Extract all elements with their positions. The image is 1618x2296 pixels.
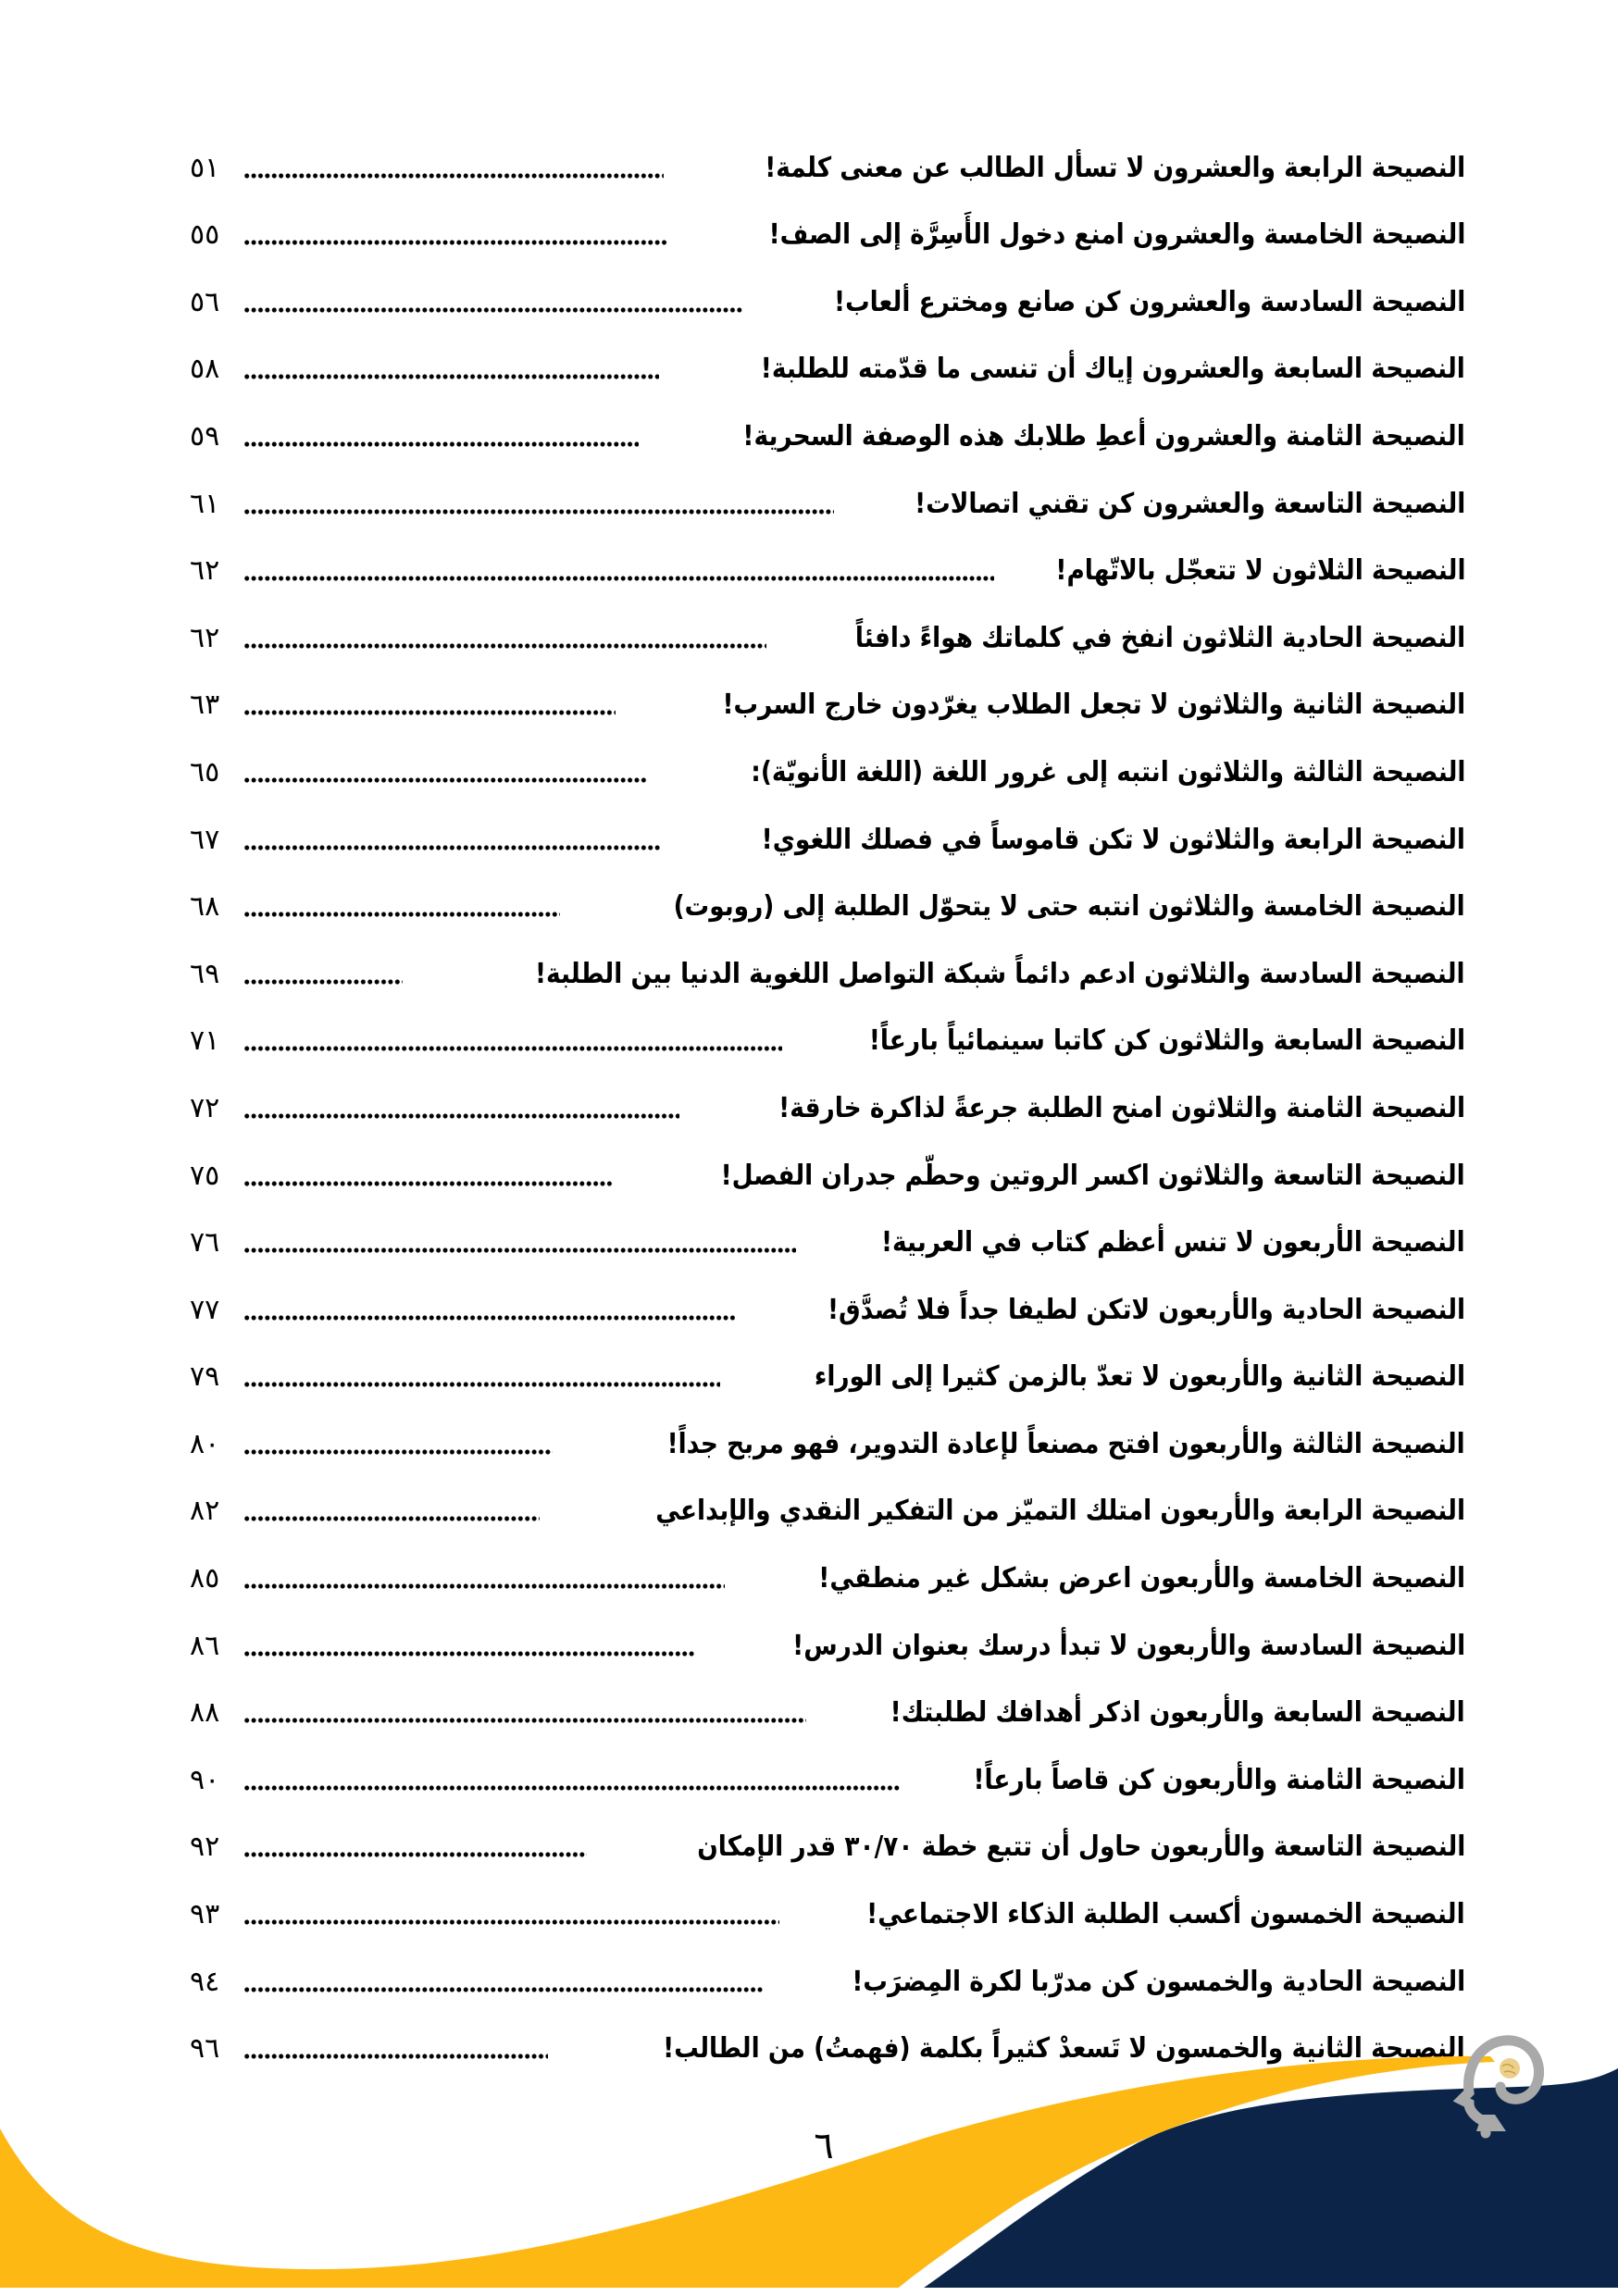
toc-entry-page: ٥٦ bbox=[190, 286, 238, 318]
toc-entry[interactable]: النصيحة الثامنة والعشرون أعطِ طلابك هذه … bbox=[190, 398, 1465, 465]
toc-entry-title: النصيحة الثامنة والثلاثون امنح الطلبة جر… bbox=[778, 1092, 1465, 1124]
toc-entry[interactable]: النصيحة الثانية والأربعون لا تعدّ بالزمن… bbox=[190, 1339, 1465, 1407]
toc-entry[interactable]: النصيحة السابعة والثلاثون كن كاتبا سينما… bbox=[190, 1003, 1465, 1071]
page-number: ٦ bbox=[805, 2125, 842, 2167]
toc-entry-page: ٦٣ bbox=[190, 689, 238, 721]
toc-entry[interactable]: النصيحة الرابعة والثلاثون لا تكن قاموساً… bbox=[190, 801, 1465, 869]
toc-entry-title: النصيحة التاسعة والثلاثون اكسر الروتين و… bbox=[721, 1160, 1465, 1192]
toc-entry-page: ٩٤ bbox=[190, 1966, 238, 1998]
toc-entry-title: النصيحة الرابعة والأربعون امتلك التميّز … bbox=[655, 1495, 1465, 1527]
toc-entry[interactable]: النصيحة السادسة والعشرون كن صانع ومخترع … bbox=[190, 264, 1465, 331]
toc-entry[interactable]: النصيحة السابعة والعشرون إياك أن تنسى ما… bbox=[190, 331, 1465, 399]
dot-leader bbox=[243, 1113, 679, 1119]
toc-entry-page: ٧٦ bbox=[190, 1226, 238, 1259]
toc-entry[interactable]: النصيحة التاسعة والعشرون كن تقني اتصالات… bbox=[190, 465, 1465, 533]
toc-entry[interactable]: النصيحة التاسعة والثلاثون اكسر الروتين و… bbox=[190, 1137, 1465, 1205]
toc-entry-page: ٧١ bbox=[190, 1024, 238, 1057]
toc-entry-page: ٩٢ bbox=[190, 1831, 238, 1863]
toc-entry-page: ٧٥ bbox=[190, 1160, 238, 1192]
toc-entry-page: ٦٢ bbox=[190, 622, 238, 654]
head-lightbulb-logo-icon bbox=[1449, 2022, 1546, 2142]
toc-entry-title: النصيحة السابعة والثلاثون كن كاتبا سينما… bbox=[869, 1024, 1465, 1057]
dot-leader bbox=[243, 509, 834, 515]
toc-entry-page: ٨٠ bbox=[190, 1428, 238, 1460]
toc-entry[interactable]: النصيحة الأربعون لا تنس أعظم كتاب في الع… bbox=[190, 1205, 1465, 1272]
dot-leader bbox=[243, 173, 664, 179]
dot-leader bbox=[243, 1987, 763, 1992]
dot-leader bbox=[243, 845, 660, 850]
toc-entry-title: النصيحة الحادية والخمسون كن مدرّبا لكرة … bbox=[852, 1966, 1465, 1998]
toc-entry-title: النصيحة الثانية والثلاثون لا تجعل الطلاب… bbox=[722, 689, 1465, 721]
toc-entry[interactable]: النصيحة الحادية الثلاثون انفخ في كلماتك … bbox=[190, 600, 1465, 667]
toc-entry-title: النصيحة الثالثة والأربعون افتح مصنعاً لإ… bbox=[667, 1428, 1465, 1460]
toc-entry[interactable]: النصيحة التاسعة والأربعون حاول أن تتبع خ… bbox=[190, 1809, 1465, 1877]
toc-entry-page: ٥٨ bbox=[190, 353, 238, 385]
toc-entry[interactable]: النصيحة الحادية والخمسون كن مدرّبا لكرة … bbox=[190, 1943, 1465, 2011]
toc-entry[interactable]: النصيحة الخمسون أكسب الطلبة الذكاء الاجت… bbox=[190, 1876, 1465, 1943]
dot-leader bbox=[243, 1449, 553, 1455]
toc-entry-page: ٥٥ bbox=[190, 218, 238, 251]
toc-entry-page: ٧٩ bbox=[190, 1360, 238, 1393]
toc-entry-title: النصيحة السابعة والأربعون اذكر أهدافك لط… bbox=[890, 1696, 1465, 1729]
toc-entry-page: ٩٠ bbox=[190, 1764, 238, 1796]
dot-leader bbox=[243, 912, 560, 917]
toc-entry-page: ٥٩ bbox=[190, 420, 238, 453]
toc-entry-page: ٩٣ bbox=[190, 1898, 238, 1930]
toc-entry-title: النصيحة الأربعون لا تنس أعظم كتاب في الع… bbox=[881, 1226, 1465, 1259]
dot-leader bbox=[243, 1785, 901, 1791]
dot-leader bbox=[243, 777, 648, 783]
dot-leader bbox=[243, 1247, 796, 1253]
dot-leader bbox=[243, 1181, 614, 1186]
toc-entry-title: النصيحة الحادية الثلاثون انفخ في كلماتك … bbox=[855, 622, 1465, 654]
toc-entry-title: النصيحة الخامسة والثلاثون انتبه حتى لا ي… bbox=[674, 890, 1465, 923]
toc-entry[interactable]: النصيحة الثلاثون لا تتعجّل بالاتّهام! ٦٢ bbox=[190, 533, 1465, 601]
toc-entry[interactable]: النصيحة الخامسة والعشرون امنع دخول الأَس… bbox=[190, 197, 1465, 265]
toc-entry-page: ٦٩ bbox=[190, 958, 238, 990]
toc-entry-page: ٨٢ bbox=[190, 1495, 238, 1527]
toc-entry-title: النصيحة السادسة والأربعون لا تبدأ درسك ب… bbox=[792, 1630, 1465, 1662]
toc-entry-page: ٧٢ bbox=[190, 1092, 238, 1124]
toc-entry-title: النصيحة التاسعة والعشرون كن تقني اتصالات… bbox=[915, 488, 1465, 520]
table-of-contents: النصيحة الرابعة والعشرون لا تسأل الطالب … bbox=[190, 130, 1465, 2078]
dot-leader bbox=[243, 1651, 695, 1657]
toc-entry[interactable]: النصيحة السادسة والأربعون لا تبدأ درسك ب… bbox=[190, 1607, 1465, 1675]
dot-leader bbox=[243, 307, 742, 313]
toc-entry-title: النصيحة الخامسة والأربعون اعرض بشكل غير … bbox=[818, 1562, 1465, 1595]
dot-leader bbox=[243, 576, 994, 581]
toc-entry[interactable]: النصيحة السابعة والأربعون اذكر أهدافك لط… bbox=[190, 1675, 1465, 1743]
dot-leader bbox=[243, 374, 659, 379]
toc-entry[interactable]: النصيحة الثامنة والأربعون كن قاصاً بارعا… bbox=[190, 1742, 1465, 1809]
dot-leader bbox=[243, 1852, 587, 1857]
dot-leader bbox=[243, 441, 639, 447]
toc-entry-title: النصيحة الرابعة والعشرون لا تسأل الطالب … bbox=[765, 152, 1465, 184]
toc-entry-title: النصيحة الرابعة والثلاثون لا تكن قاموساً… bbox=[762, 824, 1465, 856]
toc-entry-page: ٨٥ bbox=[190, 1562, 238, 1595]
toc-entry-title: النصيحة السادسة والعشرون كن صانع ومخترع … bbox=[834, 286, 1465, 318]
toc-entry-title: النصيحة الخامسة والعشرون امنع دخول الأَس… bbox=[768, 218, 1465, 251]
toc-entry[interactable]: النصيحة الثامنة والثلاثون امنح الطلبة جر… bbox=[190, 1070, 1465, 1137]
dot-leader bbox=[243, 979, 403, 985]
dot-leader bbox=[243, 1718, 806, 1723]
dot-leader bbox=[243, 1382, 720, 1387]
toc-entry-title: النصيحة الثلاثون لا تتعجّل بالاتّهام! bbox=[1055, 554, 1465, 587]
toc-entry[interactable]: النصيحة السادسة والثلاثون ادعم دائماً شب… bbox=[190, 936, 1465, 1003]
toc-entry-page: ٦٨ bbox=[190, 890, 238, 923]
toc-entry-page: ٥١ bbox=[190, 152, 238, 184]
toc-entry-title: النصيحة الثامنة والعشرون أعطِ طلابك هذه … bbox=[743, 420, 1465, 453]
toc-entry[interactable]: النصيحة الخامسة والثلاثون انتبه حتى لا ي… bbox=[190, 869, 1465, 937]
dot-leader bbox=[243, 643, 766, 649]
toc-entry-page: ٦٧ bbox=[190, 824, 238, 856]
dot-leader bbox=[243, 1919, 779, 1925]
toc-entry[interactable]: النصيحة الثانية والثلاثون لا تجعل الطلاب… bbox=[190, 667, 1465, 735]
toc-entry[interactable]: النصيحة الحادية والأربعون لاتكن لطيفا جد… bbox=[190, 1272, 1465, 1339]
dot-leader bbox=[243, 1315, 735, 1321]
toc-entry-title: النصيحة السابعة والعشرون إياك أن تنسى ما… bbox=[761, 353, 1465, 385]
toc-entry-title: النصيحة التاسعة والأربعون حاول أن تتبع خ… bbox=[697, 1831, 1465, 1863]
toc-entry-page: ٦٢ bbox=[190, 554, 238, 587]
dot-leader bbox=[243, 710, 616, 715]
dot-leader bbox=[243, 1516, 540, 1521]
toc-entry-title: النصيحة الثامنة والأربعون كن قاصاً بارعا… bbox=[974, 1764, 1465, 1796]
toc-entry-page: ٨٦ bbox=[190, 1630, 238, 1662]
toc-entry[interactable]: النصيحة الثالثة والثلاثون انتبه إلى غرور… bbox=[190, 734, 1465, 801]
dot-leader bbox=[243, 1583, 725, 1589]
toc-entry-title: النصيحة الخمسون أكسب الطلبة الذكاء الاجت… bbox=[867, 1898, 1465, 1930]
toc-entry-page: ٨٨ bbox=[190, 1696, 238, 1729]
dot-leader bbox=[243, 240, 668, 245]
toc-entry[interactable]: النصيحة الخامسة والأربعون اعرض بشكل غير … bbox=[190, 1540, 1465, 1607]
toc-entry-page: ٦٥ bbox=[190, 756, 238, 788]
toc-entry-title: النصيحة الثانية والأربعون لا تعدّ بالزمن… bbox=[815, 1360, 1465, 1393]
toc-entry-page: ٦١ bbox=[190, 488, 238, 520]
dot-leader bbox=[243, 1046, 782, 1051]
toc-entry-title: النصيحة السادسة والثلاثون ادعم دائماً شب… bbox=[535, 958, 1465, 990]
toc-entry-title: النصيحة الحادية والأربعون لاتكن لطيفا جد… bbox=[828, 1294, 1465, 1326]
toc-entry[interactable]: النصيحة الثالثة والأربعون افتح مصنعاً لإ… bbox=[190, 1406, 1465, 1473]
toc-entry[interactable]: النصيحة الرابعة والعشرون لا تسأل الطالب … bbox=[190, 130, 1465, 197]
toc-entry[interactable]: النصيحة الرابعة والأربعون امتلك التميّز … bbox=[190, 1473, 1465, 1541]
toc-entry-page: ٧٧ bbox=[190, 1294, 238, 1326]
toc-entry-title: النصيحة الثالثة والثلاثون انتبه إلى غرور… bbox=[751, 756, 1465, 788]
